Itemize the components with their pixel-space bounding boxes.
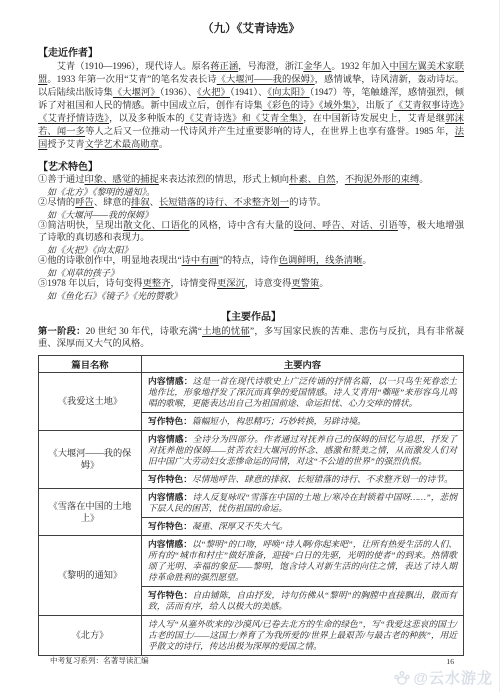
content-text: 这是一首在现代诗歌史上广泛传诵的抒情名篇，以一只鸟生死眷恋土地作比，形象地抒发了…	[148, 376, 457, 408]
content-label: 内容情感：	[148, 434, 193, 444]
work-content-5: 诗人写“从塞外吹来的/沙漠风/已卷去北方的生命的绿色”，写“我爱这悲哀的国土/古…	[142, 615, 464, 655]
content-label: 写作特色：	[148, 590, 192, 600]
art-feature-3: ③简洁明快，呈现出散文化、口语化的风格，诗中含有大量的设问、呼告、对话、引语等，…	[38, 221, 464, 244]
work-content-1b: 写作特色：篇幅短小，构思精巧；巧妙转换，另辟诗境。	[142, 412, 464, 430]
content-label: 内容情感：	[148, 376, 193, 386]
footer-series-label: 中考复习系列：名著导读汇编	[50, 655, 149, 666]
table-row: 《北方》 诗人写“从塞外吹来的/沙漠风/已卷去北方的生命的绿色”，写“我爱这悲哀…	[39, 615, 464, 655]
content-text: 全诗分为四部分。作者通过对抚养自己的保姆的回忆与追思，抒发了对抚养他的保姆——贫…	[148, 434, 457, 466]
table-header-title: 篇目名称	[39, 355, 142, 372]
page-title: （九）《艾青诗选》	[38, 20, 464, 36]
content-text: 尽情地呼告、肆意的排叙、长短错落的诗行、不求整齐划一的诗节。	[192, 474, 453, 484]
watermark: @云水游龙	[393, 667, 493, 688]
section-heading-art: 【艺术特色】	[38, 158, 464, 173]
section-heading-works: 【主要作品】	[38, 308, 464, 323]
page-number: 16	[446, 657, 454, 666]
page-content: （九）《艾青诗选》 【走近作者】 艾青（1910—1996），现代诗人。原名蒋正…	[0, 0, 499, 656]
art-feature-list: ①善于通过印象、感觉的捕捉来表达浓烈的情思，形式上倾向朴素、自然，不拘泥外形的束…	[38, 175, 464, 303]
work-content-1a: 内容情感：这是一首在现代诗歌史上广泛传诵的抒情名篇，以一只鸟生死眷恋土地作比，形…	[142, 372, 464, 412]
works-stage-paragraph: 第一阶段：20 世纪 30 年代，诗歌充满“土地的忧郁”，多写国家民族的苦难、悲…	[38, 325, 464, 351]
art-example-3: 如《火把》《向太阳》	[38, 245, 464, 257]
page-footer: 中考复习系列：名著导读汇编 16	[50, 655, 454, 666]
content-text: 自由铺陈，自由抒发，诗句仿佛从“黎明”的胸膛中直接飘出，散而有致，活而有序，给人…	[148, 590, 457, 611]
art-example-5: 如《鱼化石》《镜子》《光的赞歌》	[38, 291, 464, 303]
work-title-5: 《北方》	[39, 615, 142, 655]
work-content-2b: 写作特色：尽情地呼告、肆意的排叙、长短错落的诗行、不求整齐划一的诗节。	[142, 470, 464, 488]
art-example-4: 如《刈草的孩子》	[38, 268, 464, 280]
work-content-2a: 内容情感：全诗分为四部分。作者通过对抚养自己的保姆的回忆与追思，抒发了对抚养他的…	[142, 430, 464, 470]
work-content-3b: 写作特色：凝重、深厚又不失大气。	[142, 517, 464, 535]
works-table: 篇目名称 主要内容 《我爱这土地》 内容情感：这是一首在现代诗歌史上广泛传诵的抒…	[38, 355, 464, 656]
work-title-2: 《大堰河——我的保姆》	[39, 430, 142, 488]
art-example-2: 如《大堰河——我的保姆》	[38, 210, 464, 222]
content-label: 内容情感：	[148, 539, 192, 549]
art-feature-1: ①善于通过印象、感觉的捕捉来表达浓烈的情思，形式上倾向朴素、自然，不拘泥外形的束…	[38, 175, 464, 187]
paw-icon	[393, 669, 411, 687]
content-label: 写作特色：	[148, 521, 192, 531]
work-title-3: 《雪落在中国的土地上》	[39, 488, 142, 535]
content-label: 写作特色：	[148, 416, 192, 426]
section-heading-author: 【走近作者】	[38, 44, 464, 59]
table-row: 《大堰河——我的保姆》 内容情感：全诗分为四部分。作者通过对抚养自己的保姆的回忆…	[39, 430, 464, 470]
document-page: { "page": { "title": "（九）《艾青诗选》", "foote…	[0, 0, 500, 692]
table-row: 《雪落在中国的土地上》 内容情感：诗人反复咏叹“雪落在中国的土地上/寒冷在封锁着…	[39, 488, 464, 517]
content-text: 凝重、深厚又不失大气。	[192, 521, 288, 531]
table-row: 《我爱这土地》 内容情感：这是一首在现代诗歌史上广泛传诵的抒情名篇，以一只鸟生死…	[39, 372, 464, 412]
art-example-1: 如《北方》《黎明的通知》。	[38, 187, 464, 199]
art-feature-4: ④他的诗歌创作中，明显地表现出“诗中有画”的特点，诗作色调鲜明，线条清晰。	[38, 256, 464, 268]
content-text: 诗人写“从塞外吹来的/沙漠风/已卷去北方的生命的绿色”，写“我爱这悲哀的国土/古…	[148, 619, 457, 651]
content-text: 以“黎明”的口吻，呼唤“诗人啊/你起来吧”，让所有热爱生活的人们、所有的“城市和…	[148, 539, 457, 582]
work-content-3a: 内容情感：诗人反复咏叹“雪落在中国的土地上/寒冷在封锁着中国呀……”，悲悯下层人…	[142, 488, 464, 517]
content-label: 内容情感：	[148, 492, 192, 502]
table-row: 《黎明的通知》 内容情感：以“黎明”的口吻，呼唤“诗人啊/你起来吧”，让所有热爱…	[39, 535, 464, 586]
art-feature-5: ⑤1978 年以后，诗句变得更整齐，诗情变得更深沉，诗意变得更警策。	[38, 279, 464, 291]
author-paragraph: 艾青（1910—1996），现代诗人。原名蒋正涵，号海澄，浙江金华人。1932 …	[38, 61, 464, 152]
work-title-4: 《黎明的通知》	[39, 535, 142, 615]
table-header-content: 主要内容	[142, 355, 464, 372]
work-content-4b: 写作特色：自由铺陈，自由抒发，诗句仿佛从“黎明”的胸膛中直接飘出，散而有致，活而…	[142, 586, 464, 615]
content-text: 诗人反复咏叹“雪落在中国的土地上/寒冷在封锁着中国呀……”，悲悯下层人民的困苦，…	[148, 492, 457, 513]
art-feature-2: ②尽情的呼告、肆意的排叙、长短错落的诗行、不求整齐划一的诗节。	[38, 198, 464, 210]
watermark-text: @云水游龙	[413, 667, 493, 688]
table-header-row: 篇目名称 主要内容	[39, 355, 464, 372]
work-content-4a: 内容情感：以“黎明”的口吻，呼唤“诗人啊/你起来吧”，让所有热爱生活的人们、所有…	[142, 535, 464, 586]
content-text: 篇幅短小，构思精巧；巧妙转换，另辟诗境。	[192, 416, 366, 426]
work-title-1: 《我爱这土地》	[39, 372, 142, 430]
content-label: 写作特色：	[148, 474, 192, 484]
